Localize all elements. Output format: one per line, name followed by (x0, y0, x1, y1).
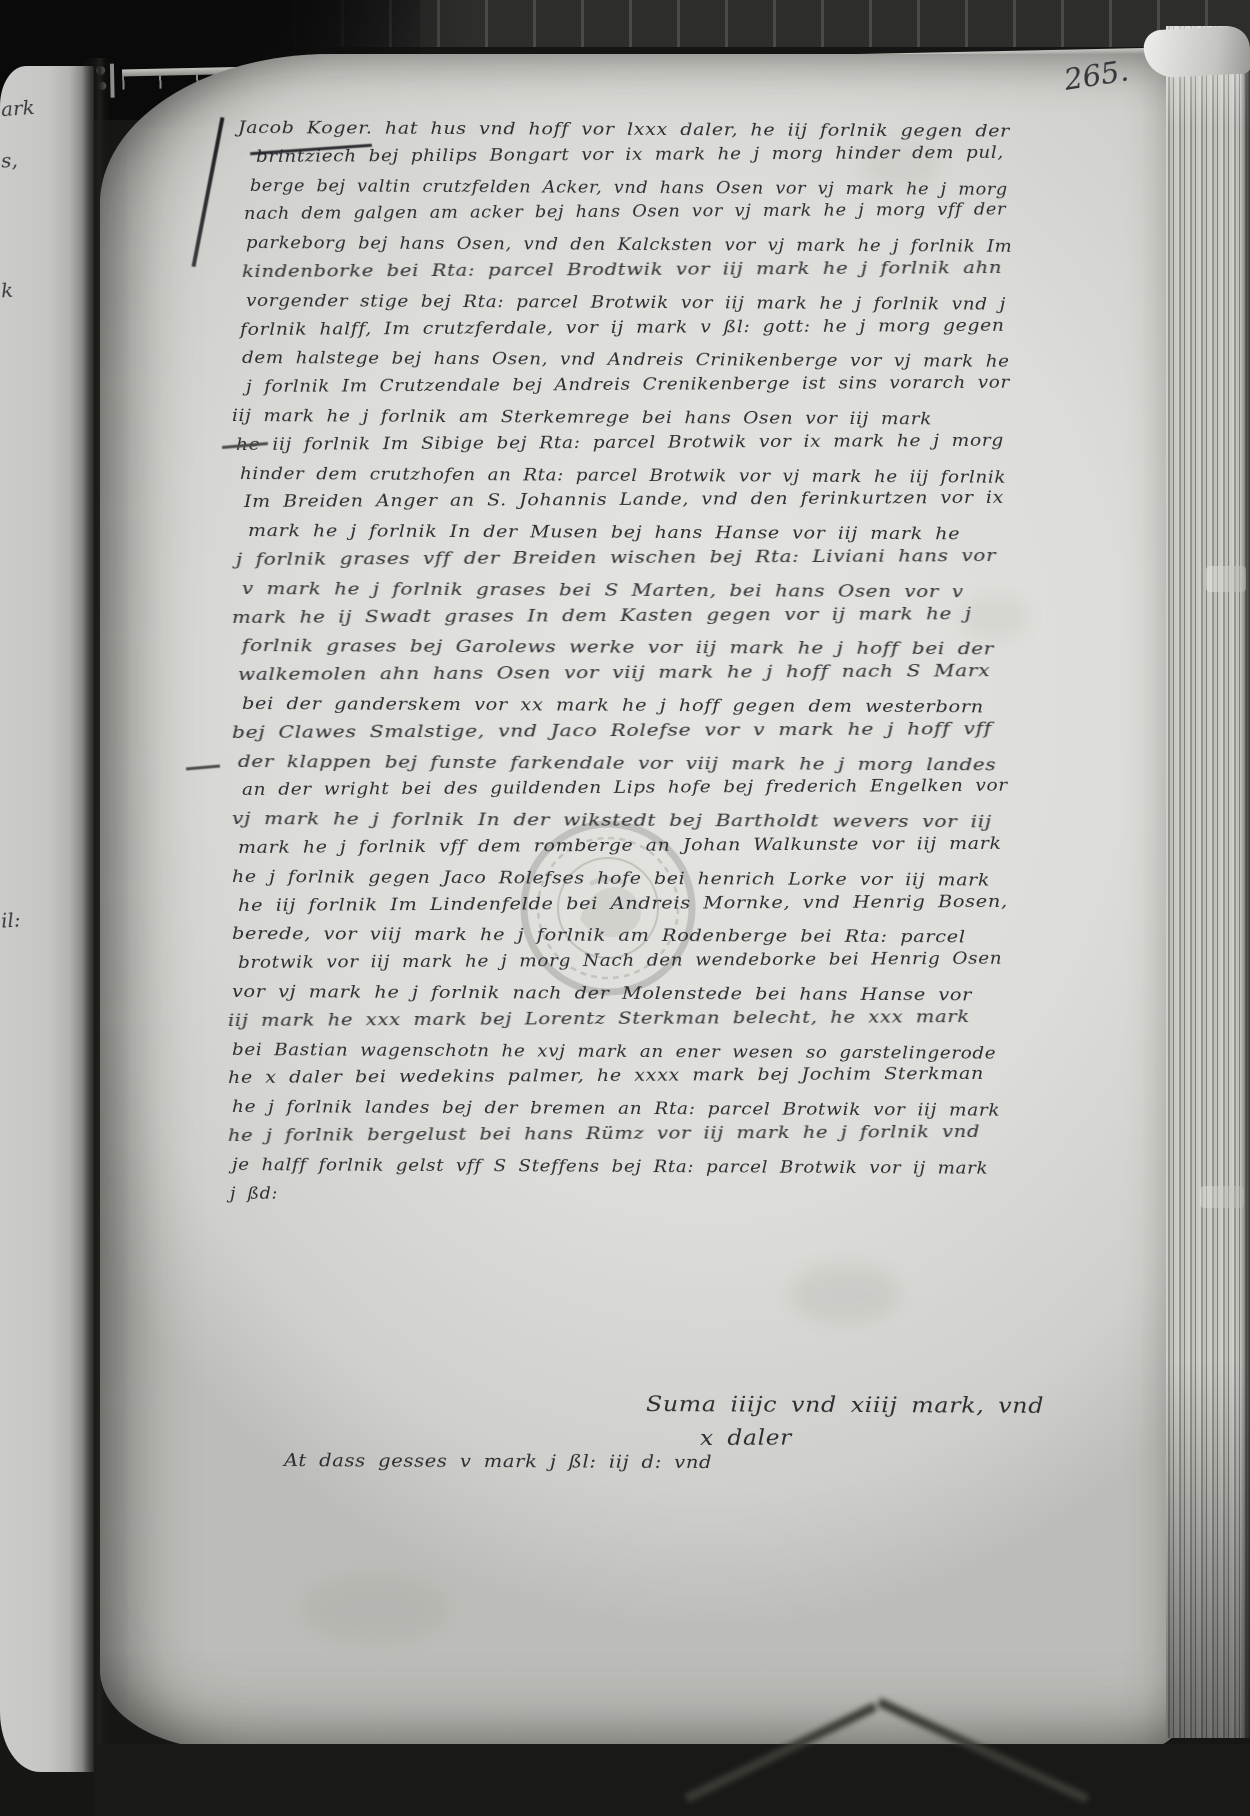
manuscript-line: vorgender stige bej Rta: parcel Brotwik … (246, 291, 1006, 315)
manuscript-line: kindenborke bei Rta: parcel Brodtwik vor… (242, 258, 1002, 282)
manuscript-line: brotwik vor iij mark he j morg Nach den … (238, 949, 1002, 973)
manuscript-line: bei Bastian wagenschotn he xvj mark an e… (232, 1040, 996, 1064)
manuscript-line: Jacob Koger. hat hus vnd hoff vor lxxx d… (238, 118, 1010, 142)
manuscript-line: he j forlnik landes bej der bremen an Rt… (232, 1097, 1000, 1121)
manuscript-line: berede, vor viij mark he j forlnik am Ro… (232, 924, 966, 947)
manuscript-line: mark he j forlnik In der Musen bej hans … (248, 521, 960, 544)
manuscript-line: an der wright bei des guildenden Lips ho… (242, 776, 1008, 800)
manuscript-line: he iij forlnik Im Sibige bej Rta: parcel… (236, 431, 1004, 455)
manuscript-line: der klappen bej funste farkendale vor vi… (238, 752, 996, 775)
manuscript-line: he j forlnik bergelust bei hans Rümz vor… (228, 1122, 980, 1146)
manuscript-line: mark he ij Swadt grases In dem Kasten ge… (232, 604, 972, 628)
manuscript-line: Im Breiden Anger an S. Johannis Lande, v… (244, 488, 1004, 512)
manuscript-line: forlnik grases bej Garolews werke vor ii… (242, 636, 994, 659)
manuscript-line: brintziech bej philips Bongart vor ix ma… (256, 143, 1004, 167)
manuscript-line: he iij forlnik Im Lindenfelde bei Andrei… (238, 892, 1008, 916)
page-number: 265. (1062, 53, 1131, 97)
manuscript-line: walkemolen ahn hans Osen vor viij mark h… (238, 661, 990, 685)
manuscript-line: hinder dem crutzhofen an Rta: parcel Bro… (240, 464, 1006, 488)
manuscript-line: je halff forlnik gelst vff S Steffens be… (232, 1155, 988, 1179)
manuscript-line: he x daler bei wedekins palmer, he xxxx … (228, 1064, 984, 1088)
manuscript-line: mark he j forlnik vff dem romberge an Jo… (238, 834, 1002, 858)
text-block: 265. Jacob Koger. hat hus vnd hoff vor l… (0, 0, 1250, 1816)
initial-flourish-stroke (192, 117, 224, 267)
manuscript-line: iij mark he xxx mark bej Lorentz Sterkma… (228, 1007, 970, 1031)
manuscript-line: j forlnik grases vff der Breiden wischen… (236, 546, 996, 570)
manuscript-line: nach dem galgen am acker bej hans Osen v… (244, 200, 1006, 224)
manuscript-line: parkeborg bej hans Osen, vnd den Kalckst… (246, 233, 1012, 257)
manuscript-line: v mark he j forlnik grases bei S Marten,… (242, 579, 964, 602)
manuscript-line: Suma iiijc vnd xiiij mark, vnd (646, 1392, 1044, 1418)
manuscript-line: x daler (700, 1425, 792, 1450)
manuscript-photo: arks,kil: 265. Jacob Koger. hat hus vnd … (0, 0, 1250, 1816)
manuscript-line: iij mark he j forlnik am Sterkemrege bei… (232, 406, 932, 429)
manuscript-line: vj mark he j forlnik In der wikstedt bej… (232, 809, 992, 832)
manuscript-line: berge bej valtin crutzfelden Acker, vnd … (250, 176, 1008, 200)
manuscript-line: bei der ganderskem vor xx mark he j hoff… (242, 694, 984, 717)
manuscript-line: dem halstege bej hans Osen, vnd Andreis … (242, 348, 1010, 372)
manuscript-line: forlnik halff, Im crutzferdale, vor ij m… (240, 316, 1005, 340)
margin-dash-mark (186, 765, 220, 771)
manuscript-line: he j forlnik gegen Jaco Rolefses hofe be… (232, 867, 990, 891)
manuscript-line: j ßd: (230, 1184, 278, 1204)
manuscript-line: j forlnik Im Crutzendale bej Andreis Cre… (246, 373, 1010, 397)
manuscript-line: At dass gesses v mark j ßl: iij d: vnd (284, 1450, 712, 1473)
manuscript-line: vor vj mark he j forlnik nach der Molens… (232, 982, 972, 1005)
manuscript-line: bej Clawes Smalstige, vnd Jaco Rolefse v… (232, 719, 992, 743)
